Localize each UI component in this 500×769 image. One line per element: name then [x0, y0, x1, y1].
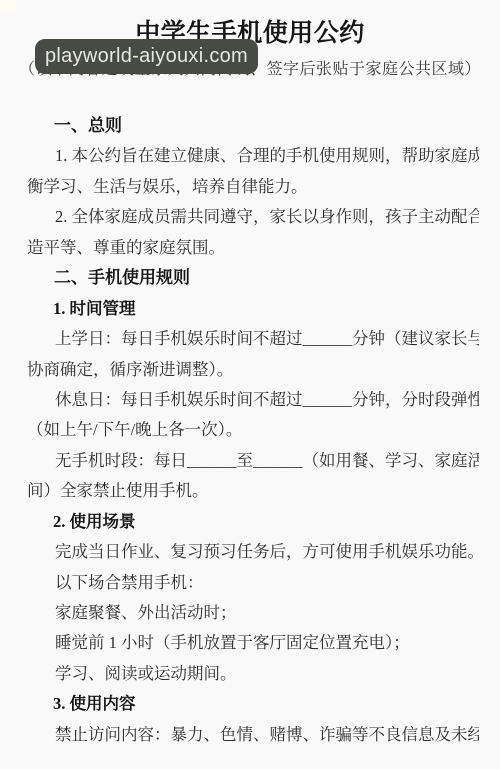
doc-line: 一、总则 — [27, 111, 479, 141]
doc-line: 睡觉前 1 小时（手机放置于客厅固定位置充电）； — [27, 628, 479, 658]
doc-line: 衡学习、生活与娱乐，培养自律能力。 — [27, 172, 479, 202]
watermark-banner: playworld-aiyouxi.com — [35, 39, 258, 74]
doc-line: （如上午/下午/晚上各一次）。 — [27, 415, 479, 445]
doc-line: 3. 使用内容 — [27, 689, 479, 719]
doc-line: 以下场合禁用手机： — [27, 568, 479, 598]
doc-line: 间）全家禁止使用手机。 — [27, 476, 479, 506]
doc-line: 协商确定，循序渐进调整）。 — [27, 355, 479, 385]
doc-line: 家庭聚餐、外出活动时； — [27, 598, 479, 628]
doc-line: 2. 使用场景 — [27, 507, 479, 537]
document-body: 一、总则1. 本公约旨在建立健康、合理的手机使用规则，帮助家庭成员平衡学习、生活… — [27, 111, 479, 750]
doc-line: 完成当日作业、复习预习任务后，方可使用手机娱乐功能。 — [27, 537, 479, 567]
doc-line: 禁止访问内容：暴力、色情、赌博、诈骗等不良信息及未经核实 — [27, 720, 479, 750]
doc-line: 二、手机使用规则 — [27, 263, 479, 293]
doc-line: 休息日：每日手机娱乐时间不超过______分钟，分时段弹性使用 — [27, 385, 479, 415]
document-page: 中学生手机使用公约 （以下内容建议全家人共同商议、签字后张贴于家庭公共区域） p… — [0, 0, 500, 769]
doc-line: 1. 时间管理 — [27, 294, 479, 324]
watermark-text: playworld-aiyouxi.com — [45, 45, 248, 68]
doc-line: 2. 全体家庭成员需共同遵守，家长以身作则，孩子主动配合，营 — [27, 202, 479, 232]
doc-line: 上学日：每日手机娱乐时间不超过______分钟（建议家长与孩子 — [27, 324, 479, 354]
doc-line: 无手机时段：每日______至______（如用餐、学习、家庭活动时 — [27, 446, 479, 476]
doc-line: 1. 本公约旨在建立健康、合理的手机使用规则，帮助家庭成员平 — [27, 141, 479, 171]
doc-line: 造平等、尊重的家庭氛围。 — [27, 233, 479, 263]
corner-artifact — [0, 0, 16, 12]
doc-line: 学习、阅读或运动期间。 — [27, 659, 479, 689]
